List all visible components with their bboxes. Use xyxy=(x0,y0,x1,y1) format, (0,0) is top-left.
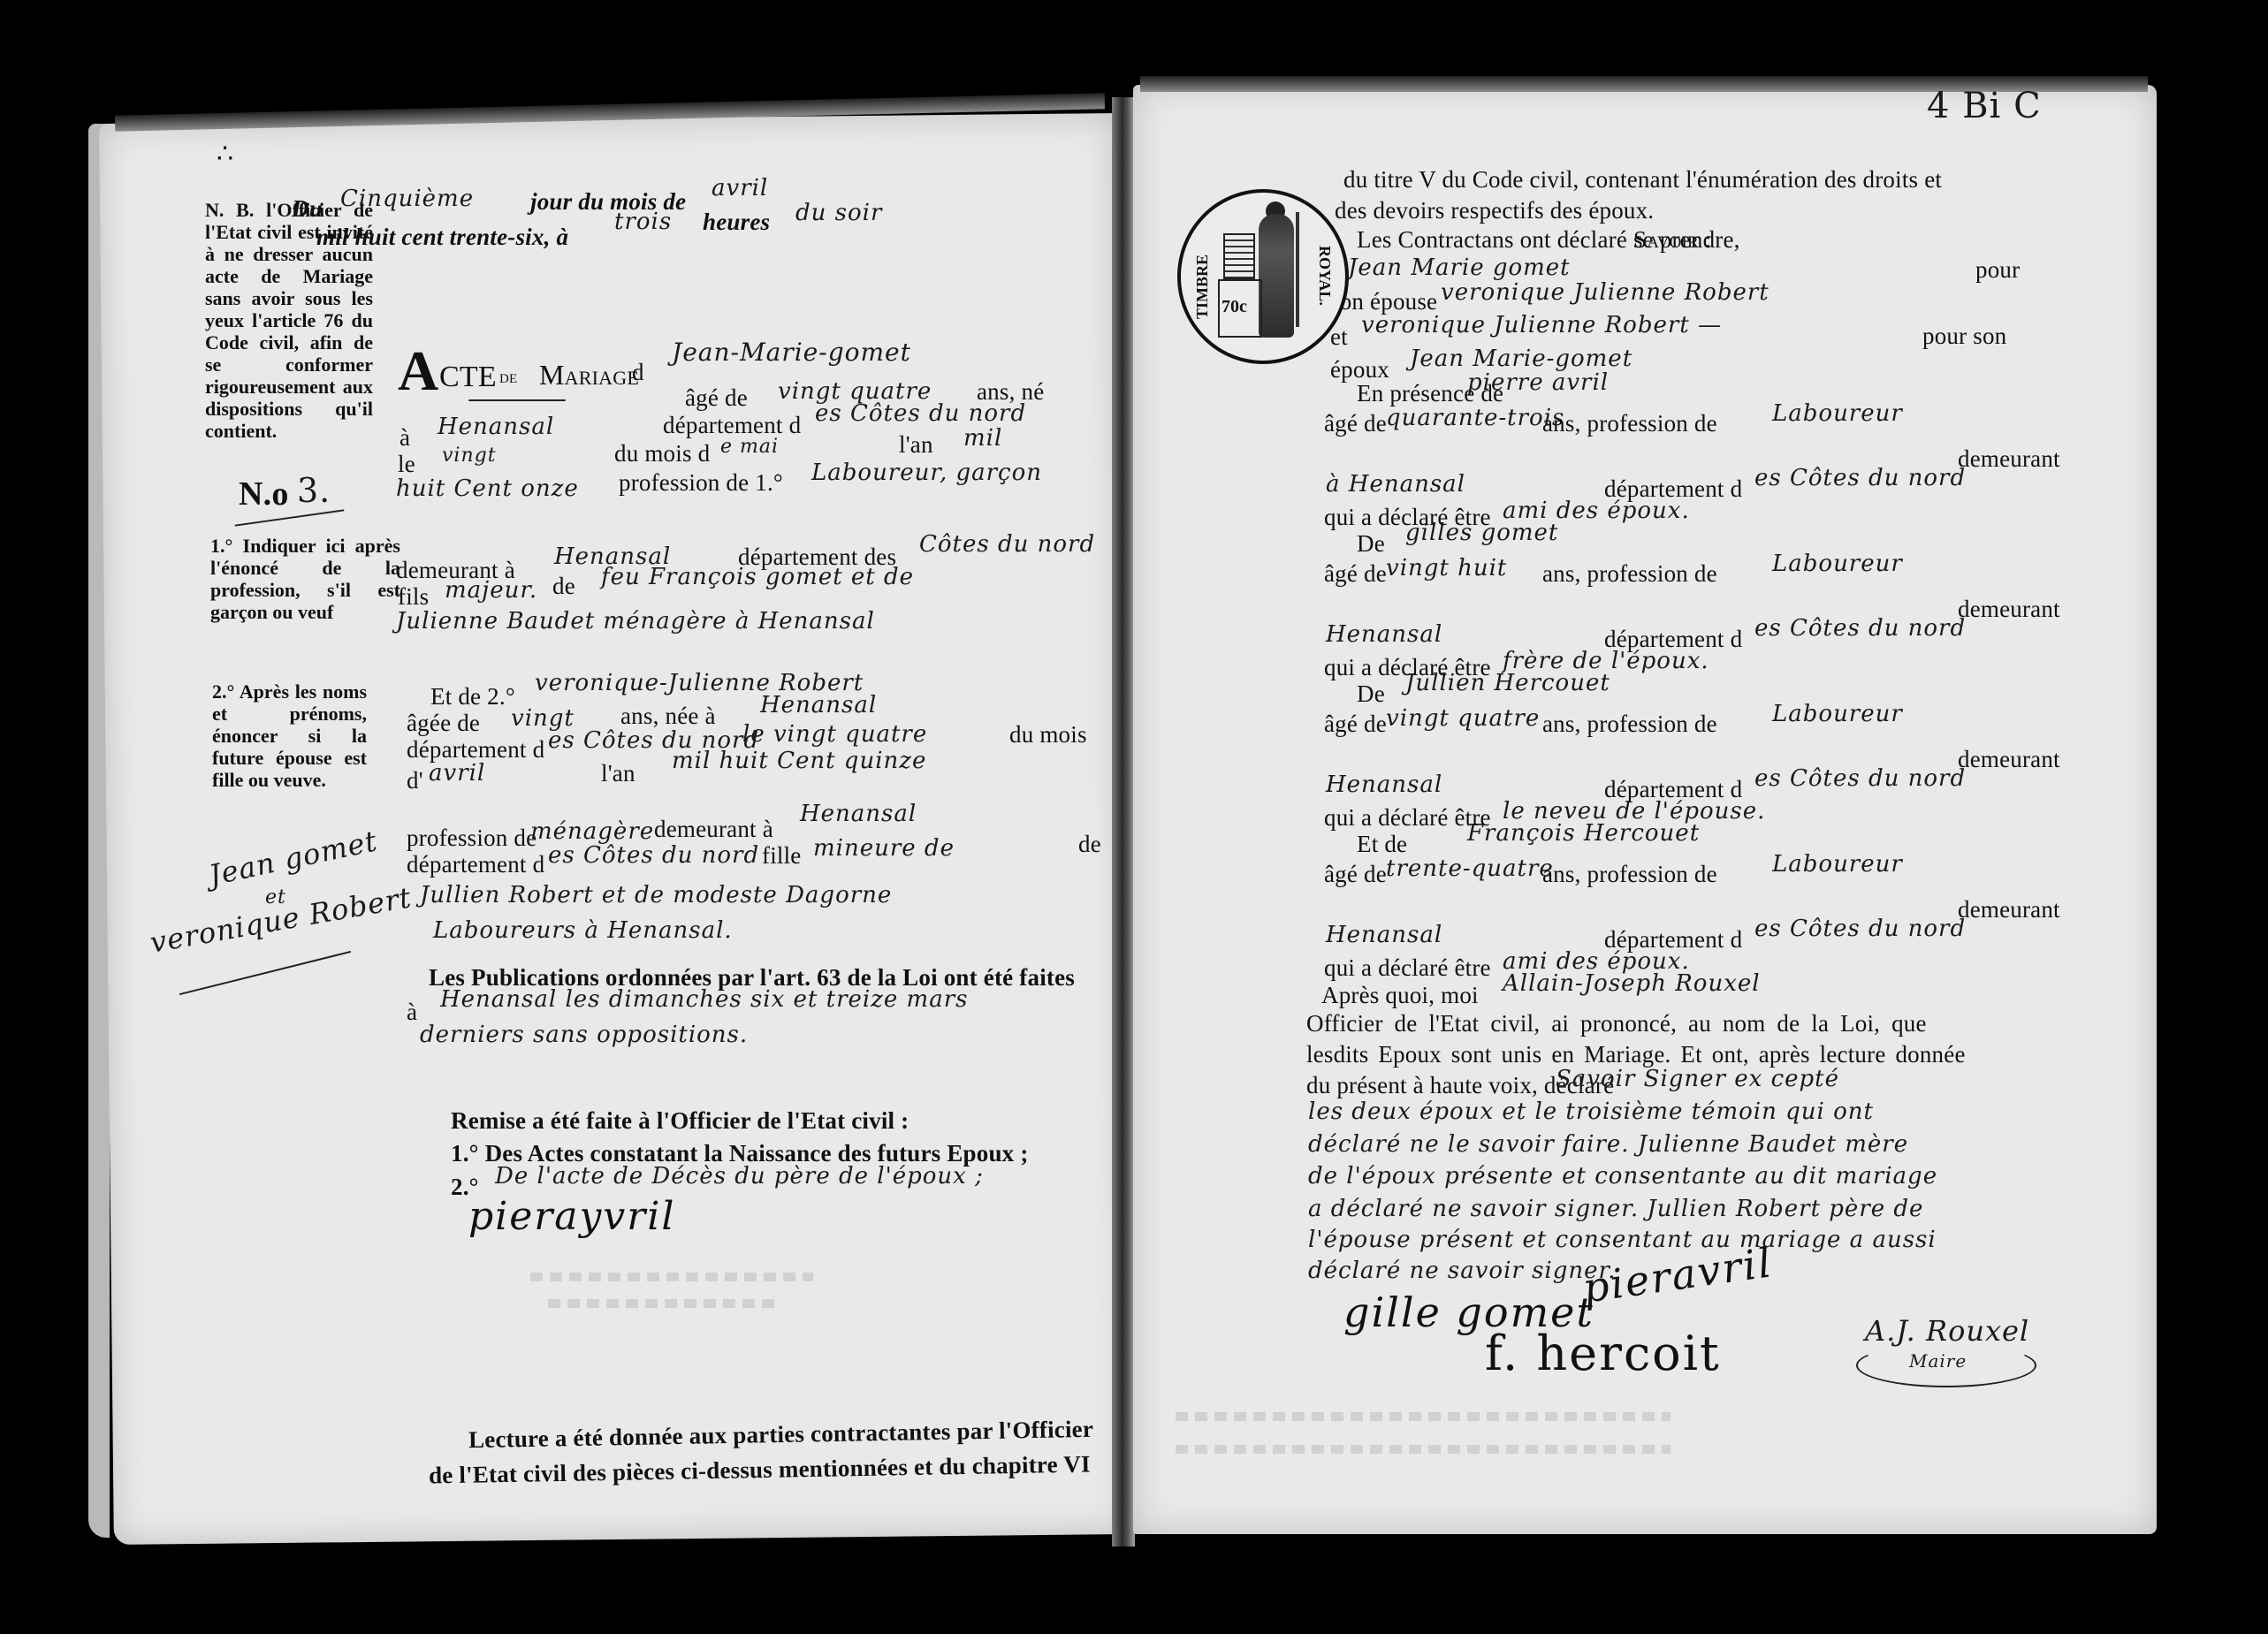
bride-month-label: du mois xyxy=(1009,723,1087,747)
signature-hercoit: f. hercoit xyxy=(1485,1330,1721,1378)
witness-profession: Laboureur xyxy=(1772,402,1903,425)
witness-demeurant-label: demeurant xyxy=(1958,447,2060,471)
bride-birth-year: mil huit Cent quinze xyxy=(672,749,926,772)
rule xyxy=(468,399,566,401)
witness-relation-label: qui a déclaré être xyxy=(1324,806,1491,830)
witness-profession-label: ans, profession de xyxy=(1542,562,1717,586)
royal-tax-stamp: TIMBRE ROYAL. 70c xyxy=(1177,189,1349,364)
officer-name: Allain-Joseph Rouxel xyxy=(1503,972,1761,995)
witness-profession: Laboureur xyxy=(1772,552,1903,575)
bride-birth-month: avril xyxy=(429,762,485,785)
bride-fille: mineure de xyxy=(813,837,955,860)
spouse2-name: veronique Julienne Robert — xyxy=(1361,314,1722,337)
stamp-staff xyxy=(1296,212,1299,327)
bride-parents-b: Laboureurs à Henansal. xyxy=(433,919,733,942)
date-du: Du xyxy=(292,197,323,221)
witness-profession-label: ans, profession de xyxy=(1542,412,1717,436)
bride-birthplace: Henansal xyxy=(760,694,877,717)
book-gutter xyxy=(1112,97,1135,1547)
bride-birth-day: le vingt quatre xyxy=(742,723,927,746)
witness-profession: Laboureur xyxy=(1772,853,1903,876)
spouse1-name: Jean Marie gomet xyxy=(1348,256,1571,279)
witness-intro: Et de xyxy=(1357,832,1407,856)
groom-an-label: l'an xyxy=(899,433,933,457)
conclusion-apres: Après quoi, moi xyxy=(1321,984,1479,1007)
groom-birth-month: e mai xyxy=(720,437,779,457)
witness-demeurant-label: demeurant xyxy=(1958,597,2060,621)
bride-fille-label: fille xyxy=(762,844,801,868)
epoux-label: époux xyxy=(1330,358,1389,382)
bleed-through-mark xyxy=(1176,1445,1671,1454)
bride-age-label: âgée de xyxy=(407,711,480,735)
witness-name: François Hercouet xyxy=(1467,822,1700,845)
date-day: Cinquième xyxy=(340,187,474,210)
groom-age-label: âgé de xyxy=(685,386,748,410)
conclusion-h9: l'épouse présent et consentant au mariag… xyxy=(1308,1228,1937,1251)
bleed-through-mark xyxy=(530,1273,813,1281)
conclusion-line2: Officier de l'Etat civil, ai prononcé, a… xyxy=(1306,1012,1927,1036)
witness-demeurant-label: demeurant xyxy=(1958,748,2060,771)
witness-dept: es Côtes du nord xyxy=(1754,767,1966,790)
witness-residence: Henansal xyxy=(1326,773,1442,796)
pour: pour xyxy=(1975,258,2020,282)
conclusion-h10: déclaré ne savoir signer. xyxy=(1308,1259,1616,1282)
title-d: d xyxy=(632,361,644,384)
witness-signature-left: pierayvril xyxy=(468,1197,675,1236)
bleed-through-mark xyxy=(548,1299,778,1308)
date-hour: trois xyxy=(614,210,672,233)
witness-intro: De xyxy=(1357,532,1385,556)
witness-intro: De xyxy=(1357,682,1385,706)
witness-dept: es Côtes du nord xyxy=(1754,467,1966,490)
witness-relation-label: qui a déclaré être xyxy=(1324,956,1491,980)
witness-dept: es Côtes du nord xyxy=(1754,617,1966,640)
witness-age-label: âgé de xyxy=(1324,412,1387,436)
publications-line2: Henansal les dimanches six et treize mar… xyxy=(440,988,969,1011)
date-time-of-day: du soir xyxy=(795,201,882,224)
bride-intro: Et de 2.° xyxy=(430,685,515,709)
witness-age-label: âgé de xyxy=(1324,712,1387,736)
stamp-figure xyxy=(1259,214,1294,338)
stamp-law-tablet xyxy=(1223,233,1255,279)
bride-dept2-label: département d xyxy=(407,853,544,877)
remise-line1: Remise a été faite à l'Officier de l'Eta… xyxy=(451,1109,909,1133)
witness-age-label: âgé de xyxy=(1324,863,1387,886)
conclusion-h6: déclaré ne le savoir faire. Julienne Bau… xyxy=(1308,1133,1908,1156)
stamp-value: 70c xyxy=(1222,297,1247,317)
witness-profession-label: ans, profession de xyxy=(1542,712,1717,736)
corner-mark: ∴ xyxy=(217,141,233,168)
witness-age: vingt quatre xyxy=(1386,707,1540,730)
bride-profession-label: profession de xyxy=(407,826,537,850)
intro-line1: du titre V du Code civil, contenant l'én… xyxy=(1343,168,1942,192)
mayor-title: Maire xyxy=(1909,1352,1967,1370)
stamp-text-left: TIMBRE xyxy=(1193,255,1212,319)
witness-residence: à Henansal xyxy=(1326,473,1465,496)
witness-name: Jullien Hercouet xyxy=(1405,672,1610,695)
title-acte: CTE xyxy=(439,362,497,392)
margin-note-2: 2.° Après les noms et prénoms, énoncer s… xyxy=(212,680,367,791)
witness-age-label: âgé de xyxy=(1324,562,1387,586)
stamp-text-right: ROYAL. xyxy=(1315,246,1334,306)
bleed-through-mark xyxy=(1176,1412,1671,1421)
groom-year-b: huit Cent onze xyxy=(396,477,579,500)
savoir: Savoir : xyxy=(1633,228,1712,252)
witness-age: quarante-trois xyxy=(1386,407,1564,429)
publications-a: à xyxy=(407,1000,417,1024)
intro-line2: des devoirs respectifs des époux. xyxy=(1335,199,1654,223)
witness-name: gilles gomet xyxy=(1405,521,1558,544)
date-year: mil huit cent trente-six, à xyxy=(316,225,568,249)
act-number: 3. xyxy=(297,474,331,507)
witness-profession-label: ans, profession de xyxy=(1542,863,1717,886)
groom-parents-a: feu François gomet et de xyxy=(601,566,914,589)
date-month: avril xyxy=(712,177,768,200)
witness-residence: Henansal xyxy=(1326,923,1442,946)
bride-dept2: es Côtes du nord xyxy=(548,844,759,867)
groom-year-a: mil xyxy=(963,427,1002,450)
groom-birth-day: vingt xyxy=(442,446,497,466)
witness-dept: es Côtes du nord xyxy=(1754,917,1966,940)
conclusion-h5: les deux époux et le troisième témoin qu… xyxy=(1308,1100,1874,1123)
groom-fils-label: fils xyxy=(398,585,429,609)
pour-son: pour son xyxy=(1922,324,2006,348)
bride-profession: ménagère xyxy=(530,820,654,843)
bride-d-label: d' xyxy=(407,769,423,793)
spouse1-wife: veronique Julienne Robert xyxy=(1441,281,1769,304)
title-mariage: Mariage xyxy=(539,361,639,389)
groom-profession: Laboureur, garçon xyxy=(811,461,1042,484)
groom-dept-label: département d xyxy=(663,414,801,437)
folio-mark: 4 Bi C xyxy=(1927,88,2042,124)
margin-note-1: 1.° Indiquer ici après l'énoncé de la pr… xyxy=(210,535,400,623)
conclusion-h4: Savoir Signer ex cepté xyxy=(1556,1068,1839,1091)
groom-name: Jean-Marie-gomet xyxy=(672,340,911,365)
bride-de-label: de xyxy=(1078,832,1101,856)
et-label: et xyxy=(1330,325,1348,349)
title-initial: A xyxy=(398,343,438,399)
bride-residence-label: demeurant à xyxy=(654,817,773,841)
bride-ans-nee: ans, née à xyxy=(620,704,716,728)
groom-dept: es Côtes du nord xyxy=(815,402,1026,425)
conclusion-line3: lesdits Epoux sont unis en Mariage. Et o… xyxy=(1306,1043,1966,1067)
spouse2-husband: Jean Marie-gomet xyxy=(1410,347,1633,370)
witness-profession: Laboureur xyxy=(1772,703,1903,726)
groom-le-label: le xyxy=(398,452,415,476)
witness-name: pierre avril xyxy=(1467,371,1609,394)
act-number-label: N.o xyxy=(239,477,289,511)
remise-item1: 1.° Des Actes constatant la Naissance de… xyxy=(451,1142,1029,1166)
groom-birthplace: Henansal xyxy=(438,415,554,438)
bride-an-label: l'an xyxy=(601,762,635,786)
groom-fils: majeur. xyxy=(445,579,537,602)
witness-demeurant-label: demeurant xyxy=(1958,898,2060,922)
title-de: de xyxy=(499,367,517,386)
groom-month-label: du mois d xyxy=(614,442,710,466)
bride-parents-a: Jullien Robert et de modeste Dagorne xyxy=(420,884,892,907)
bride-dept-label: département d xyxy=(407,738,544,762)
bride-residence: Henansal xyxy=(800,802,917,825)
groom-a-label: à xyxy=(400,426,410,450)
witness-residence: Henansal xyxy=(1326,623,1442,646)
conclusion-h7: de l'époux présente et consentante au di… xyxy=(1308,1165,1937,1188)
signature-mayor: A.J. Rouxel xyxy=(1865,1317,2029,1345)
groom-de-label: de xyxy=(552,574,575,598)
remise-item2: De l'acte de Décès du père de l'époux ; xyxy=(495,1165,984,1188)
witness-age: vingt huit xyxy=(1386,557,1507,580)
groom-parents-b: Julienne Baudet ménagère à Henansal xyxy=(396,610,875,633)
witness-age: trente-quatre xyxy=(1386,857,1554,880)
groom-dept2: Côtes du nord xyxy=(919,533,1095,556)
conclusion-h8: a déclaré ne savoir signer. Jullien Robe… xyxy=(1308,1197,1923,1220)
groom-profession-label: profession de 1.° xyxy=(619,471,783,495)
publications-line3: derniers sans oppositions. xyxy=(420,1023,748,1046)
date-heures-label: heures xyxy=(703,210,770,234)
